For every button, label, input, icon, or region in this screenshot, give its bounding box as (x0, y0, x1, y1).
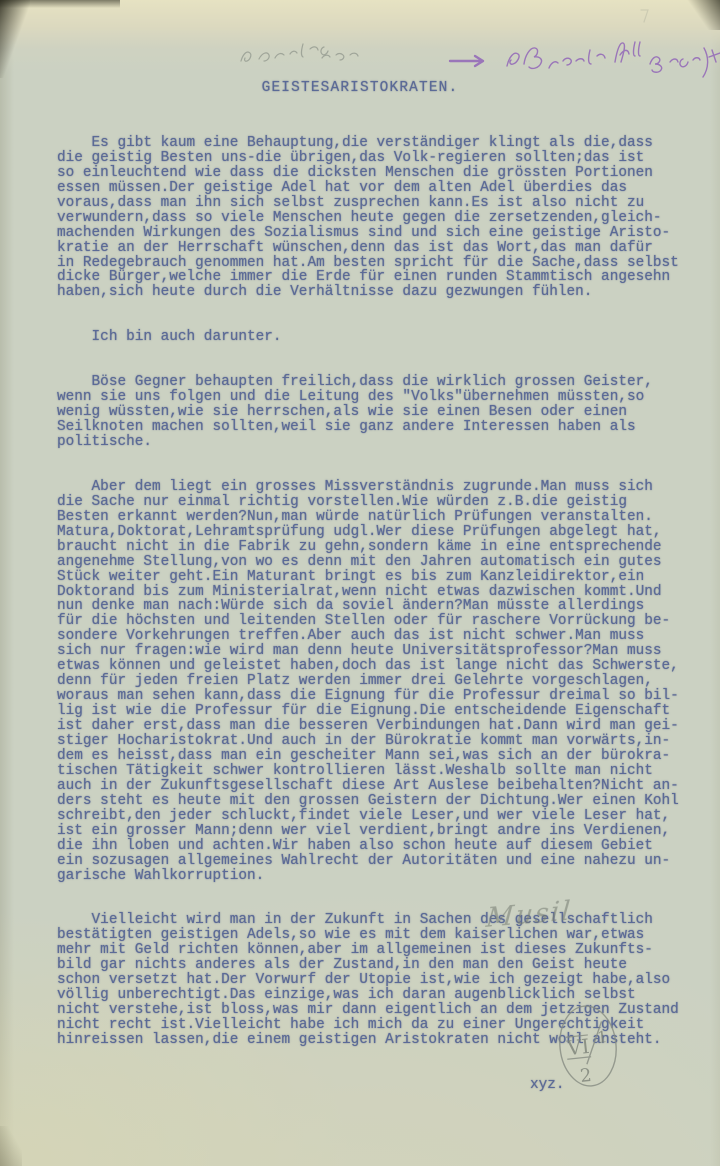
scan-corner-shadow-top-right (686, 0, 720, 30)
scan-edge-shadow-top (0, 0, 120, 9)
typescript-paragraph: Böse Gegner behaupten freilich,dass die … (57, 375, 697, 450)
pencil-note-illegible (241, 10, 648, 61)
scan-corner-shadow-bottom-left (0, 1126, 22, 1166)
typescript-page: GEISTESARISTOKRATEN. Es gibt kaum eine B… (0, 0, 720, 1166)
typescript-paragraph: Aber dem liegt ein grosses Missverständn… (57, 480, 697, 884)
typescript-paragraph: Ich bin auch darunter. (57, 330, 697, 345)
typescript-paragraph: Es gibt kaum eine Behauptung,die verstän… (57, 136, 697, 300)
scan-corner-shadow-top-left (0, 0, 30, 78)
pencil-mark-7 (641, 10, 648, 22)
arrow-icon (450, 56, 483, 66)
sign-off: xyz. (57, 1078, 697, 1093)
typescript-body: Es gibt kaum eine Behauptung,die verstän… (57, 106, 697, 1123)
typescript-paragraph: Vielleicht wird man in der Zukunft in Sa… (57, 913, 697, 1048)
document-title: GEISTESARISTOKRATEN. (0, 80, 720, 96)
ink-note-illegible (450, 42, 720, 77)
